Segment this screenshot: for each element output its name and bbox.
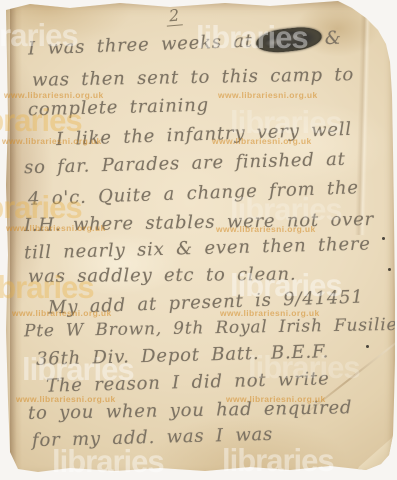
letter-line: I.H. where stables were not over xyxy=(24,209,374,236)
letter-page: 2 I was three weeks at& was then sent to… xyxy=(0,0,397,480)
ink-speck xyxy=(388,268,391,271)
letter-line: complete training xyxy=(28,95,209,121)
letter-line: Pte W Brown, 9th Royal Irish Fusiliers xyxy=(24,315,397,342)
letter-line: I was three weeks at& xyxy=(28,27,342,61)
letter-line: to you when you had enquired xyxy=(28,397,353,424)
letter-line: so far. Parades are finished at xyxy=(24,149,346,178)
letter-line: 36th Div. Depot Batt. B.E.F. xyxy=(36,341,329,370)
line-text: I was three weeks at xyxy=(28,31,254,60)
letter-line: My add at present is 9/41451 xyxy=(48,286,364,318)
censored-word-scribble xyxy=(255,25,323,55)
letter-line: The reason I did not write xyxy=(46,368,330,396)
folded-corner xyxy=(356,434,396,472)
scanned-letter-image: 2 I was three weeks at& was then sent to… xyxy=(0,0,397,480)
letter-line: till nearly six & even then there xyxy=(24,233,371,263)
page-number: 2 xyxy=(165,5,183,26)
line-text: & xyxy=(324,28,342,50)
letter-line: 4 o'c. Quite a change from the xyxy=(28,177,359,210)
left-edge-crease xyxy=(10,0,22,480)
ink-speck xyxy=(382,237,385,240)
ink-speck xyxy=(366,345,369,348)
letter-line: for my add. was I was xyxy=(32,424,274,451)
letter-line: was then sent to this camp to xyxy=(32,64,354,91)
right-crease xyxy=(355,0,371,235)
letter-line: I like the infantry very well xyxy=(56,119,353,150)
letter-line: was saddley etc to clean. xyxy=(28,264,297,287)
